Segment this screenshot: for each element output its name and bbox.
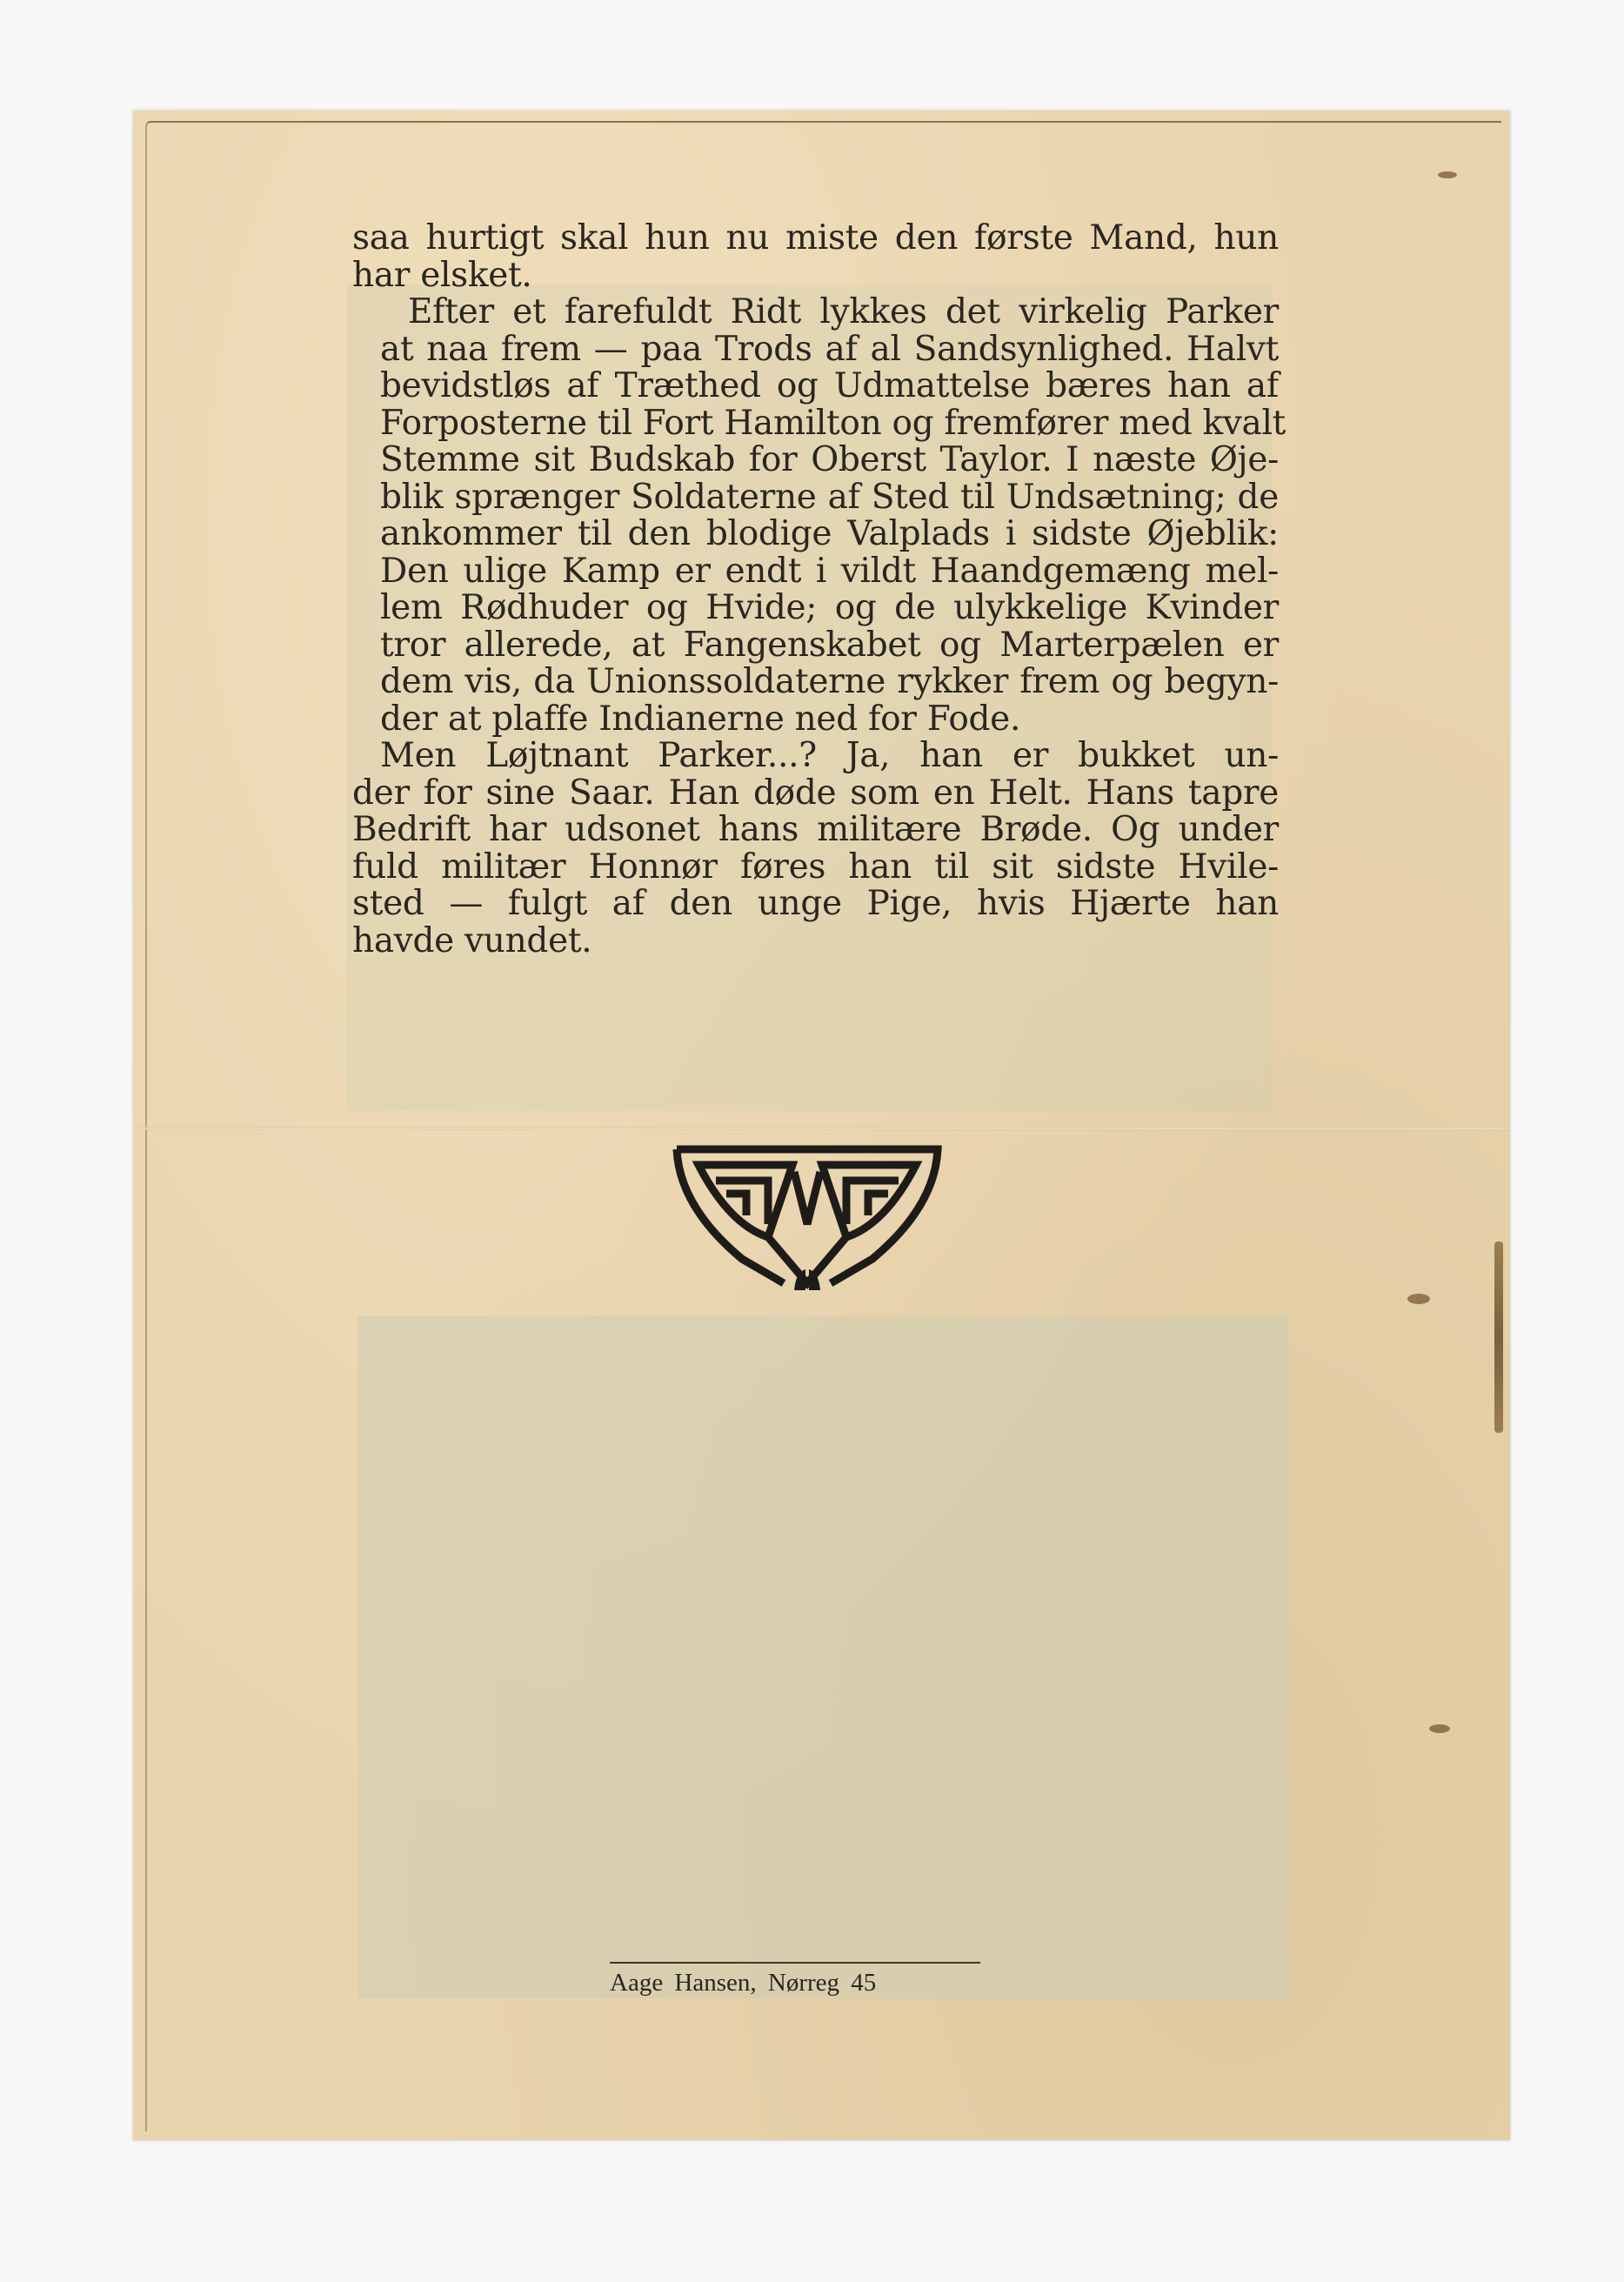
imprint-rule	[610, 1962, 980, 1964]
text-line: Stemme sit Budskab for Oberst Taylor. I …	[352, 442, 1279, 479]
paragraph-1: saa hurtigt skal hun nu miste den første…	[352, 220, 1279, 294]
text-line: Den ulige Kamp er endt i vildt Haandgemæ…	[352, 553, 1279, 591]
text-line: tror allerede, at Fangenskabet og Marter…	[352, 627, 1279, 665]
text-line: Efter et farefuldt Ridt lykkes det virke…	[352, 294, 1279, 331]
text-line: dem vis, da Unionssoldaterne rykker frem…	[352, 664, 1279, 701]
text-line: fuld militær Honnør føres han til sit si…	[352, 849, 1279, 887]
paper-stain	[1438, 171, 1457, 178]
printer-imprint: Aage Hansen, Nørreg 45	[610, 1969, 984, 1998]
blank-illustration-plate	[358, 1315, 1288, 1998]
text-line: saa hurtigt skal hun nu miste den første…	[352, 220, 1279, 258]
text-line: har elsket.	[352, 258, 1279, 295]
paper-stain	[1407, 1294, 1430, 1304]
text-line: havde vundet.	[352, 923, 1279, 960]
text-line: der at plaffe Indianerne ned for Fode.	[352, 701, 1279, 739]
text-line: Forposterne til Fort Hamilton og fremfør…	[352, 405, 1279, 443]
text-line: bevidstløs af Træthed og Udmattelse bære…	[352, 368, 1279, 405]
paragraph-3: Men Løjtnant Parker...? Ja, han er bukke…	[352, 738, 1279, 960]
text-line: lem Rødhuder og Hvide; og de ulykkelige …	[352, 590, 1279, 627]
text-line: blik sprænger Soldaterne af Sted til Und…	[352, 479, 1279, 517]
text-line: der for sine Saar. Han døde som en Helt.…	[352, 775, 1279, 813]
page-fold-crease	[133, 1127, 1510, 1130]
paper-stain	[1429, 1724, 1450, 1733]
text-line: ankommer til den blodige Valplads i sids…	[352, 516, 1279, 553]
text-line: Men Løjtnant Parker...? Ja, han er bukke…	[352, 738, 1279, 775]
paragraph-2: Efter et farefuldt Ridt lykkes det virke…	[352, 294, 1279, 738]
text-line: sted — fulgt af den unge Pige, hvis Hjær…	[352, 886, 1279, 923]
art-nouveau-w-vignette-icon	[664, 1137, 951, 1294]
text-line: Bedrift har udsonet hans militære Brøde.…	[352, 812, 1279, 849]
edge-stain	[1494, 1241, 1503, 1433]
booklet-page: saa hurtigt skal hun nu miste den første…	[133, 110, 1510, 2140]
text-line: at naa frem — paa Trods af al Sandsynlig…	[352, 331, 1279, 369]
story-text: saa hurtigt skal hun nu miste den første…	[352, 220, 1279, 960]
